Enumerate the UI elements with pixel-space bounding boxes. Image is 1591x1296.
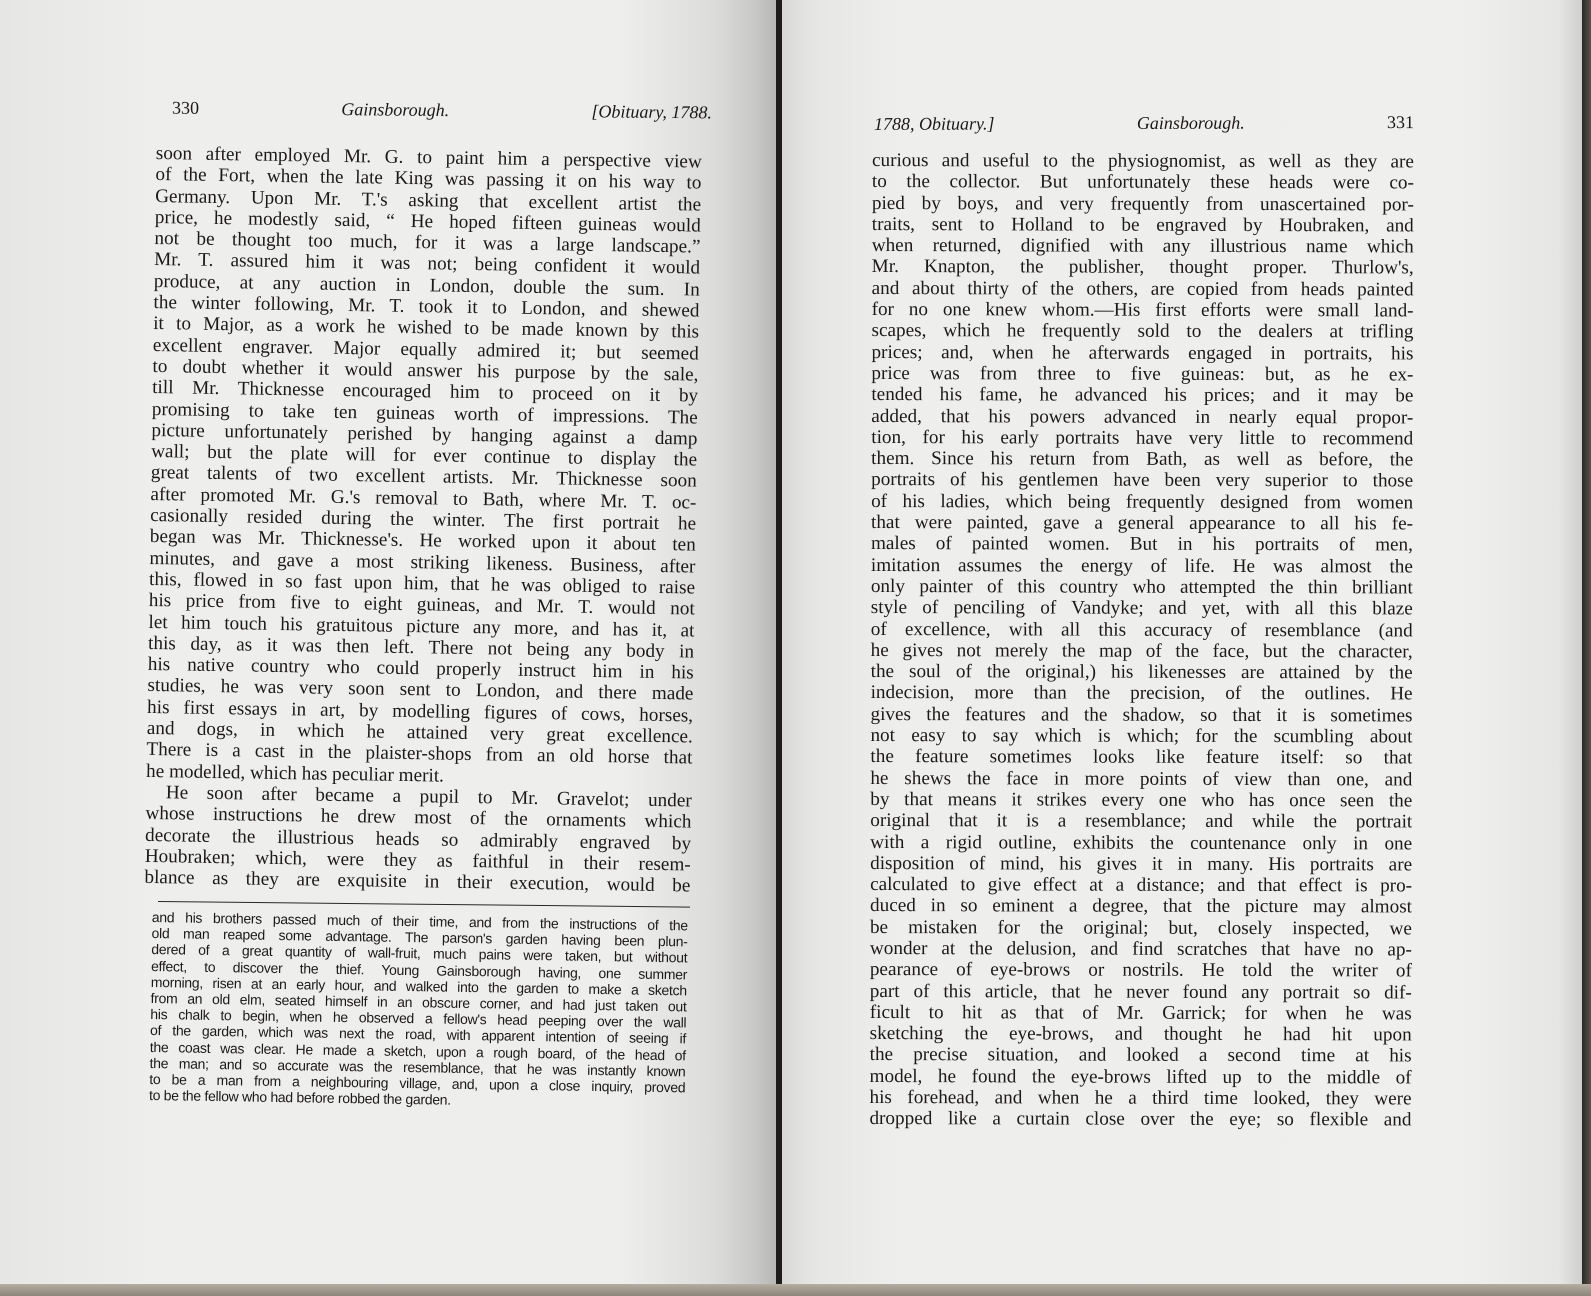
body-text: curious and useful to the physiognomist,… [869, 150, 1414, 1131]
text-line: duced in so eminent a degree, that the p… [870, 895, 1412, 918]
text-line: for no one knew whom.—His first efforts … [872, 299, 1414, 322]
body-text: soon after employed Mr. G. to paint him … [144, 143, 702, 897]
text-line: he shews the face in more points of view… [870, 768, 1412, 791]
right-page: 1788, Obituary.] Gainsborough. 331 curio… [782, 0, 1582, 1284]
left-running-head: 330 Gainsborough. [Obituary, 1788. [172, 98, 712, 124]
text-line: model, he found the eye-brows lifted up … [870, 1066, 1412, 1089]
text-line: dropped like a curtain close over the ey… [869, 1108, 1411, 1131]
text-line: style of penciling of Vandyke; and yet, … [871, 597, 1413, 620]
text-line: his forehead, and when he a third time l… [869, 1087, 1411, 1110]
text-line: tended his fame, he advanced his prices;… [871, 384, 1413, 407]
text-line: them. Since his return from Bath, as wel… [871, 448, 1413, 471]
running-title: Gainsborough. [341, 99, 449, 121]
text-line: scapes, which he frequently sold to the … [871, 320, 1413, 343]
text-line: part of this article, that he never foun… [870, 981, 1412, 1004]
text-line: with a rigid outline, exhibits the count… [870, 831, 1412, 854]
text-line: and about thirty of the others, are copi… [872, 278, 1414, 301]
text-line: Mr. Knapton, the publisher, thought prop… [872, 256, 1414, 279]
text-line: he gives not merely the map of the face,… [871, 640, 1413, 663]
text-line: by that means it strikes every one who h… [870, 789, 1412, 812]
page-number: 331 [1387, 112, 1414, 133]
text-line: not easy to say which is which; for the … [870, 725, 1412, 748]
book-edge-right [1582, 0, 1591, 1296]
text-line: imitation assumes the energy of life. He… [871, 555, 1413, 578]
section-label: [Obituary, 1788. [591, 101, 712, 123]
text-line: ficult to hit as that of Mr. Garrick; fo… [870, 1002, 1412, 1025]
text-line: traits, sent to Holland to be engraved b… [872, 214, 1414, 237]
text-line: of excellence, with all this accuracy of… [871, 619, 1413, 642]
text-line: that were painted, gave a general appear… [871, 512, 1413, 535]
text-line: males of painted women. But in his portr… [871, 533, 1413, 556]
text-line: pearance of eye-brows or nostrils. He to… [870, 959, 1412, 982]
text-line: portraits of his gentlemen have been ver… [871, 469, 1413, 492]
text-line: prices; and, when he afterwards engaged … [871, 342, 1413, 365]
page-number: 330 [172, 98, 199, 119]
text-line: disposition of mind, his gives it in man… [870, 853, 1412, 876]
text-line: calculated to give effect at a distance;… [870, 874, 1412, 897]
text-line: of his ladies, which being frequently de… [871, 491, 1413, 514]
text-line: wonder at the delusion, and find scratch… [870, 938, 1412, 961]
text-line: curious and useful to the physiognomist,… [872, 150, 1414, 173]
section-label: 1788, Obituary.] [874, 114, 995, 135]
text-line: pied by boys, and very frequently from u… [872, 193, 1414, 216]
text-line: only painter of this country who attempt… [871, 576, 1413, 599]
text-line: sketching the eye-brows, and thought he … [870, 1023, 1412, 1046]
left-page: 330 Gainsborough. [Obituary, 1788. soon … [0, 0, 776, 1284]
text-line: added, that his powers advanced in nearl… [871, 406, 1413, 429]
text-line: original that it is a resemblance; and w… [870, 810, 1412, 833]
text-line: the soul of the original,) his likenesse… [871, 661, 1413, 684]
text-line: to the collector. But unfortunately thes… [872, 171, 1414, 194]
footnote-rule [158, 901, 690, 908]
text-line: when returned, dignified with any illust… [872, 235, 1414, 258]
book-edge-bottom [0, 1284, 1591, 1296]
text-line: the precise situation, and looked a seco… [870, 1044, 1412, 1067]
text-line: tion, for his early portraits have very … [871, 427, 1413, 450]
text-line: be mistaken for the original; but, close… [870, 917, 1412, 940]
running-title: Gainsborough. [1137, 113, 1245, 134]
right-running-head: 1788, Obituary.] Gainsborough. 331 [874, 112, 1414, 135]
footnote: and his brothers passed much of their ti… [149, 909, 688, 1112]
book-spread: 330 Gainsborough. [Obituary, 1788. soon … [0, 0, 1591, 1296]
text-line: the feature sometimes looks like feature… [870, 746, 1412, 769]
text-line: price was from three to five guineas: bu… [871, 363, 1413, 386]
text-line: indecision, more than the precision, of … [871, 682, 1413, 705]
text-line: gives the features and the shadow, so th… [870, 704, 1412, 727]
